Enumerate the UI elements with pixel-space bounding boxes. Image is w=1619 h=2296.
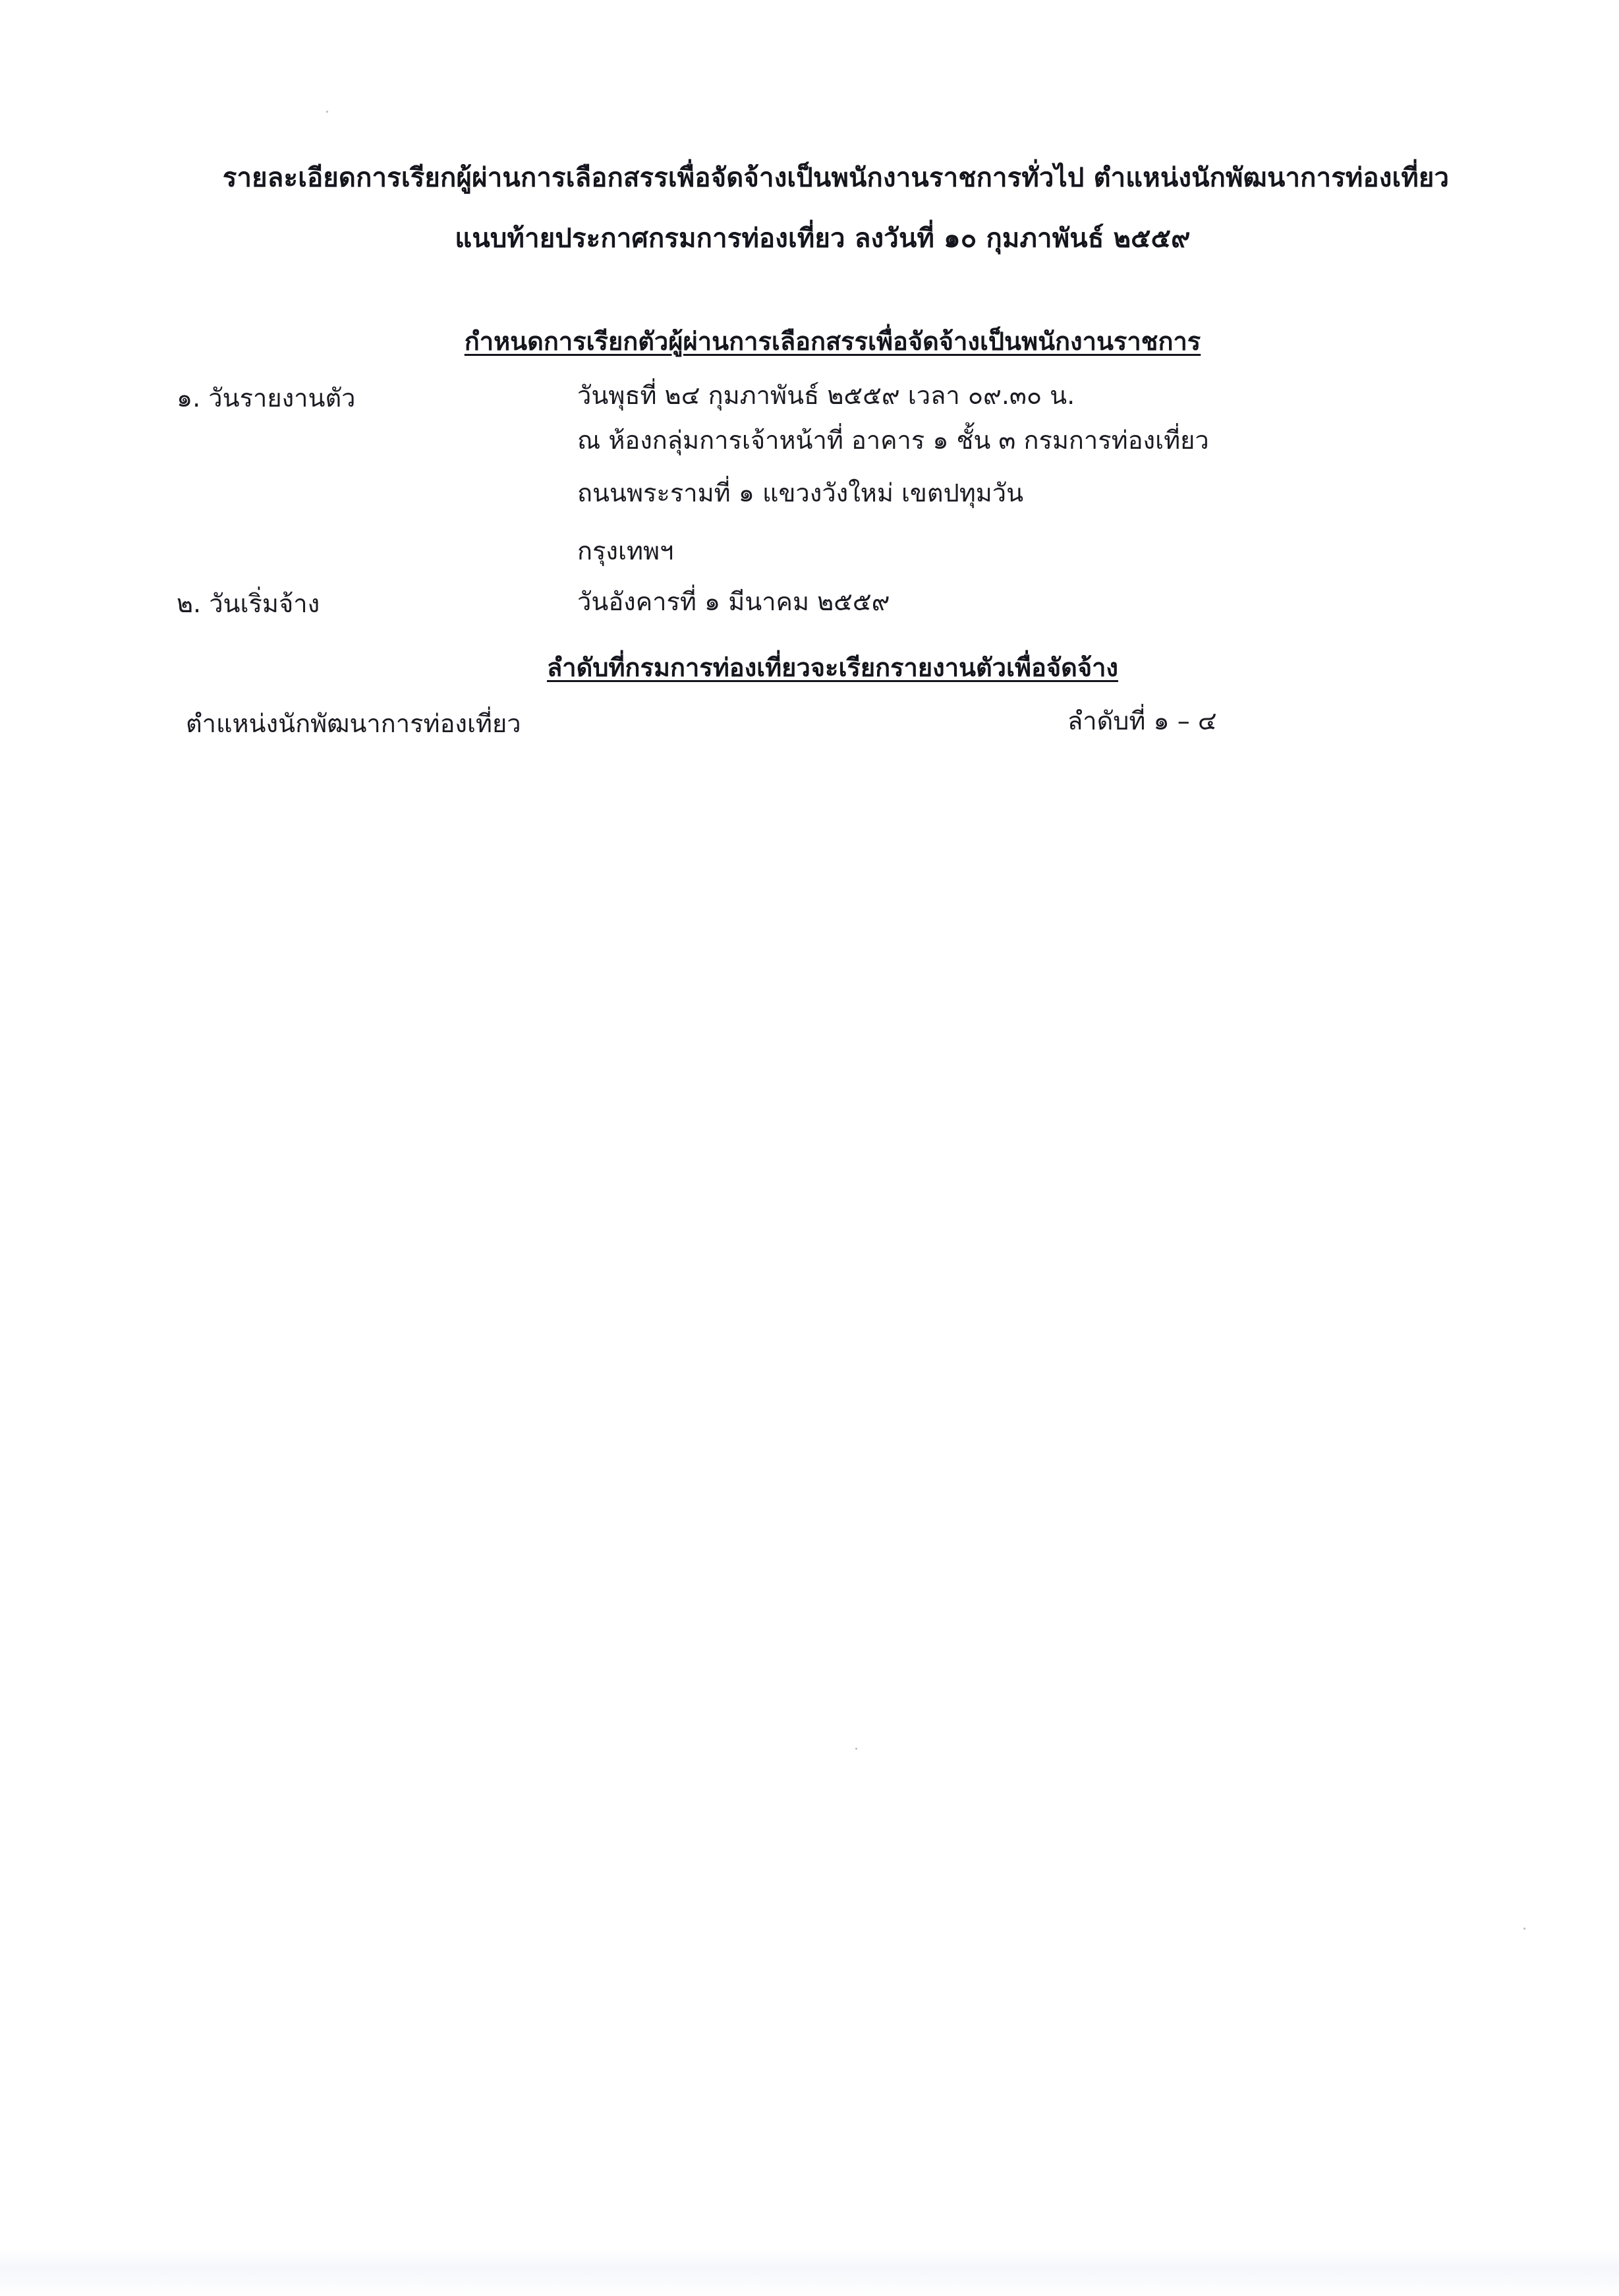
report-location-line-3: กรุงเทพฯ <box>577 532 673 569</box>
start-date-value: วันอังคารที่ ๑ มีนาคม ๒๕๕๙ <box>577 583 890 620</box>
scan-speck <box>855 1748 857 1750</box>
report-location-line-2: ถนนพระรามที่ ๑ แขวงวังใหม่ เขตปทุมวัน <box>577 474 1023 511</box>
document-page: รายละเอียดการเรียกผู้ผ่านการเลือกสรรเพื่… <box>0 0 1619 2296</box>
section-heading-schedule: กำหนดการเรียกตัวผู้ผ่านการเลือกสรรเพื่อจ… <box>23 323 1619 360</box>
report-date-label: ๑. วันรายงานตัว <box>177 380 356 416</box>
order-range: ลำดับที่ ๑ – ๔ <box>1067 703 1217 739</box>
document-title-line-1: รายละเอียดการเรียกผู้ผ่านการเลือกสรรเพื่… <box>26 158 1619 198</box>
scan-speck <box>326 111 328 113</box>
start-date-label: ๒. วันเริ่มจ้าง <box>177 585 320 622</box>
report-location-line-1: ณ ห้องกลุ่มการเจ้าหน้าที่ อาคาร ๑ ชั้น ๓… <box>577 422 1209 459</box>
section-heading-order: ลำดับที่กรมการท่องเที่ยวจะเรียกรายงานตัว… <box>23 649 1619 686</box>
scan-artifact <box>0 2250 1619 2296</box>
scan-speck <box>1523 1928 1525 1930</box>
document-title-line-2: แนบท้ายประกาศกรมการท่องเที่ยว ลงวันที่ ๑… <box>13 219 1619 258</box>
position-name: ตำแหน่งนักพัฒนาการท่องเที่ยว <box>186 705 521 742</box>
report-date-value: วันพุธที่ ๒๔ กุมภาพันธ์ ๒๕๕๙ เวลา ๐๙.๓๐ … <box>577 377 1075 414</box>
